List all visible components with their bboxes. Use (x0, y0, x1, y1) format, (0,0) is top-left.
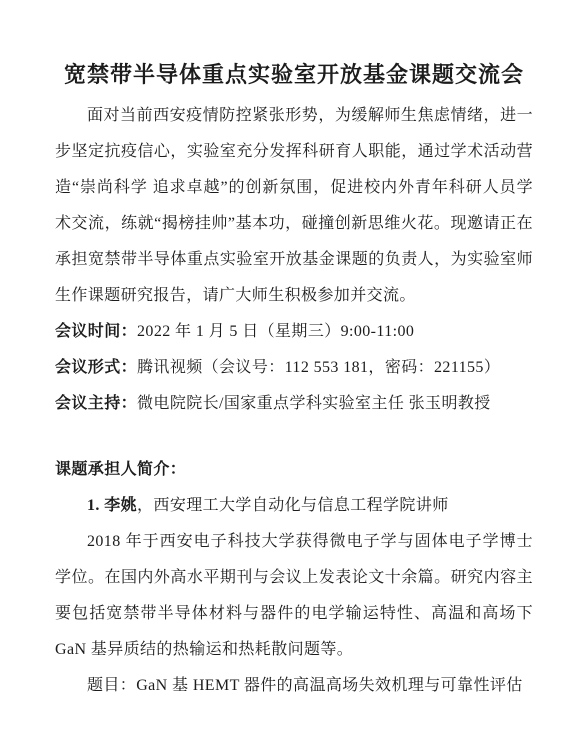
meeting-time-value: 2022 年 1 月 5 日（星期三）9:00-11:00 (137, 323, 414, 340)
doc-title: 宽禁带半导体重点实验室开放基金课题交流会 (55, 58, 533, 92)
topic-value: GaN 基 HEMT 器件的高温高场失效机理与可靠性评估 (136, 677, 522, 694)
meeting-host-row: 会议主持：微电院院长/国家重点学科实验室主任 张玉明教授 (55, 386, 533, 422)
document-page: 宽禁带半导体重点实验室开放基金课题交流会 面对当前西安疫情防控紧张形势，为缓解师… (0, 0, 586, 742)
meeting-format-value: 腾讯视频（会议号：112 553 181，密码：221155） (137, 359, 500, 376)
meeting-time-label: 会议时间： (55, 323, 137, 340)
meeting-format-label: 会议形式： (55, 359, 137, 376)
speaker-bio-paragraph: 2018 年于西安电子科技大学获得微电子学与固体电子学博士学位。在国内外高水平期… (55, 524, 533, 668)
topic-label: 题目： (87, 677, 136, 694)
meeting-time-row: 会议时间：2022 年 1 月 5 日（星期三）9:00-11:00 (55, 314, 533, 350)
speaker-name: 1. 李姚 (87, 497, 137, 514)
meeting-format-row: 会议形式：腾讯视频（会议号：112 553 181，密码：221155） (55, 350, 533, 386)
meeting-host-label: 会议主持： (55, 395, 137, 412)
section-heading-speakers: 课题承担人简介： (55, 452, 533, 488)
meeting-host-value: 微电院院长/国家重点学科实验室主任 张玉明教授 (137, 395, 491, 412)
speaker-affiliation: ，西安理工大学自动化与信息工程学院讲师 (137, 497, 449, 514)
topic-line: 题目：GaN 基 HEMT 器件的高温高场失效机理与可靠性评估 (55, 668, 533, 704)
intro-paragraph: 面对当前西安疫情防控紧张形势，为缓解师生焦虑情绪，进一步坚定抗疫信心，实验室充分… (55, 98, 533, 314)
speaker-line: 1. 李姚，西安理工大学自动化与信息工程学院讲师 (55, 488, 533, 524)
